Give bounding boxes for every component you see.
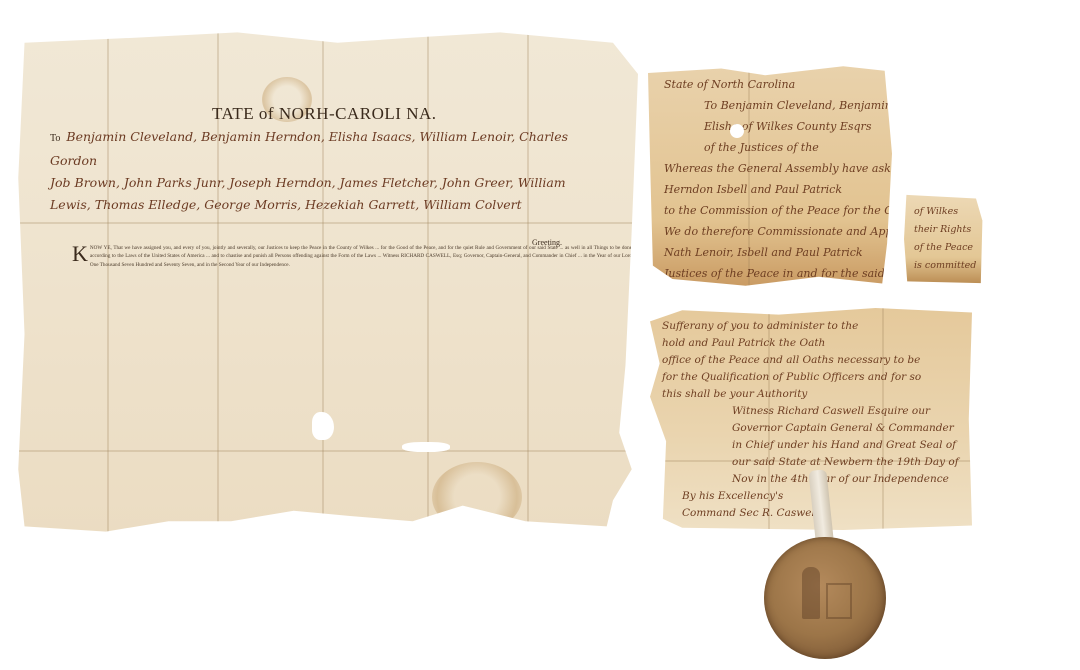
names-line: Job Brown, John Parks Junr, Joseph Hernd… xyxy=(50,172,590,194)
letter-line: of the Justices of the xyxy=(664,137,906,158)
letter-line: We do therefore Commissionate and Appo xyxy=(664,221,906,242)
letter-line: Whereas the General Assembly have ask xyxy=(664,158,906,179)
fold-line xyxy=(12,222,638,224)
letter-line: To Benjamin Cleveland, Benjamin xyxy=(664,95,906,116)
to-label: To xyxy=(50,133,60,144)
seal-figure-icon xyxy=(802,567,820,619)
signature-line: Command Sec R. Caswell xyxy=(662,505,959,522)
fold-line xyxy=(527,22,529,542)
handwritten-names: ToBenjamin Cleveland, Benjamin Herndon, … xyxy=(50,126,590,216)
letter-line: to the Commission of the Peace for the C… xyxy=(664,200,906,221)
letter-line: in Chief under his Hand and Great Seal o… xyxy=(662,437,959,454)
body-paragraph: NOW YE, That we have assigned you, and e… xyxy=(90,245,632,268)
letter-line: Sufferany of you to administer to the xyxy=(662,318,959,335)
paper-hole xyxy=(402,442,450,452)
seal-altar-icon xyxy=(826,583,852,619)
wax-seal xyxy=(764,537,886,659)
drop-cap: K xyxy=(72,244,88,264)
fragment-text: of Wilkes their Rights of the Peace is c… xyxy=(914,203,976,275)
letter-line: Herndon Isbell and Paul Patrick xyxy=(664,179,906,200)
names-line: Lewis, Thomas Elledge, George Morris, He… xyxy=(50,194,590,216)
document-title: TATE of NORH-CAROLI NA. xyxy=(212,104,437,124)
paper-hole xyxy=(312,412,334,440)
letter-line: State of North Carolina xyxy=(664,74,906,95)
letter-line: this shall be your Authority xyxy=(662,386,959,403)
letter-line: Elisha of Wilkes County Esqrs xyxy=(664,116,906,137)
fragment-line: is committed xyxy=(914,257,976,275)
fold-line xyxy=(12,450,638,452)
handwritten-letter-upper: State of North Carolina To Benjamin Clev… xyxy=(648,64,892,288)
fragment-line: of the Peace xyxy=(914,239,976,257)
letter-upper-text: State of North Carolina To Benjamin Clev… xyxy=(664,74,906,284)
letter-line: Justices of the Peace in and for the sai… xyxy=(664,263,906,284)
fragment-line: of Wilkes xyxy=(914,203,976,221)
letter-line: Witness Richard Caswell Esquire our xyxy=(662,403,959,420)
letter-fragment: of Wilkes their Rights of the Peace is c… xyxy=(904,193,984,285)
letter-line: Nath Lenoir, Isbell and Paul Patrick xyxy=(664,242,906,263)
fold-line xyxy=(107,22,109,542)
paper-hole xyxy=(730,124,744,138)
fold-line xyxy=(427,22,429,542)
names-line: Benjamin Cleveland, Benjamin Herndon, El… xyxy=(50,129,568,168)
letter-line: office of the Peace and all Oaths necess… xyxy=(662,352,959,369)
fold-line xyxy=(322,22,324,542)
letter-line: for the Qualification of Public Officers… xyxy=(662,369,959,386)
letter-line: hold and Paul Patrick the Oath xyxy=(662,335,959,352)
water-stain xyxy=(432,462,522,532)
printed-body-text: K NOW YE, That we have assigned you, and… xyxy=(72,244,632,269)
letter-line: our said State at Newbern the 19th Day o… xyxy=(662,454,959,471)
letter-line: Governor Captain General & Commander xyxy=(662,420,959,437)
fold-line xyxy=(217,22,219,542)
printed-commission-document: TATE of NORH-CAROLI NA. ToBenjamin Cleve… xyxy=(12,22,638,542)
fragment-line: their Rights xyxy=(914,221,976,239)
